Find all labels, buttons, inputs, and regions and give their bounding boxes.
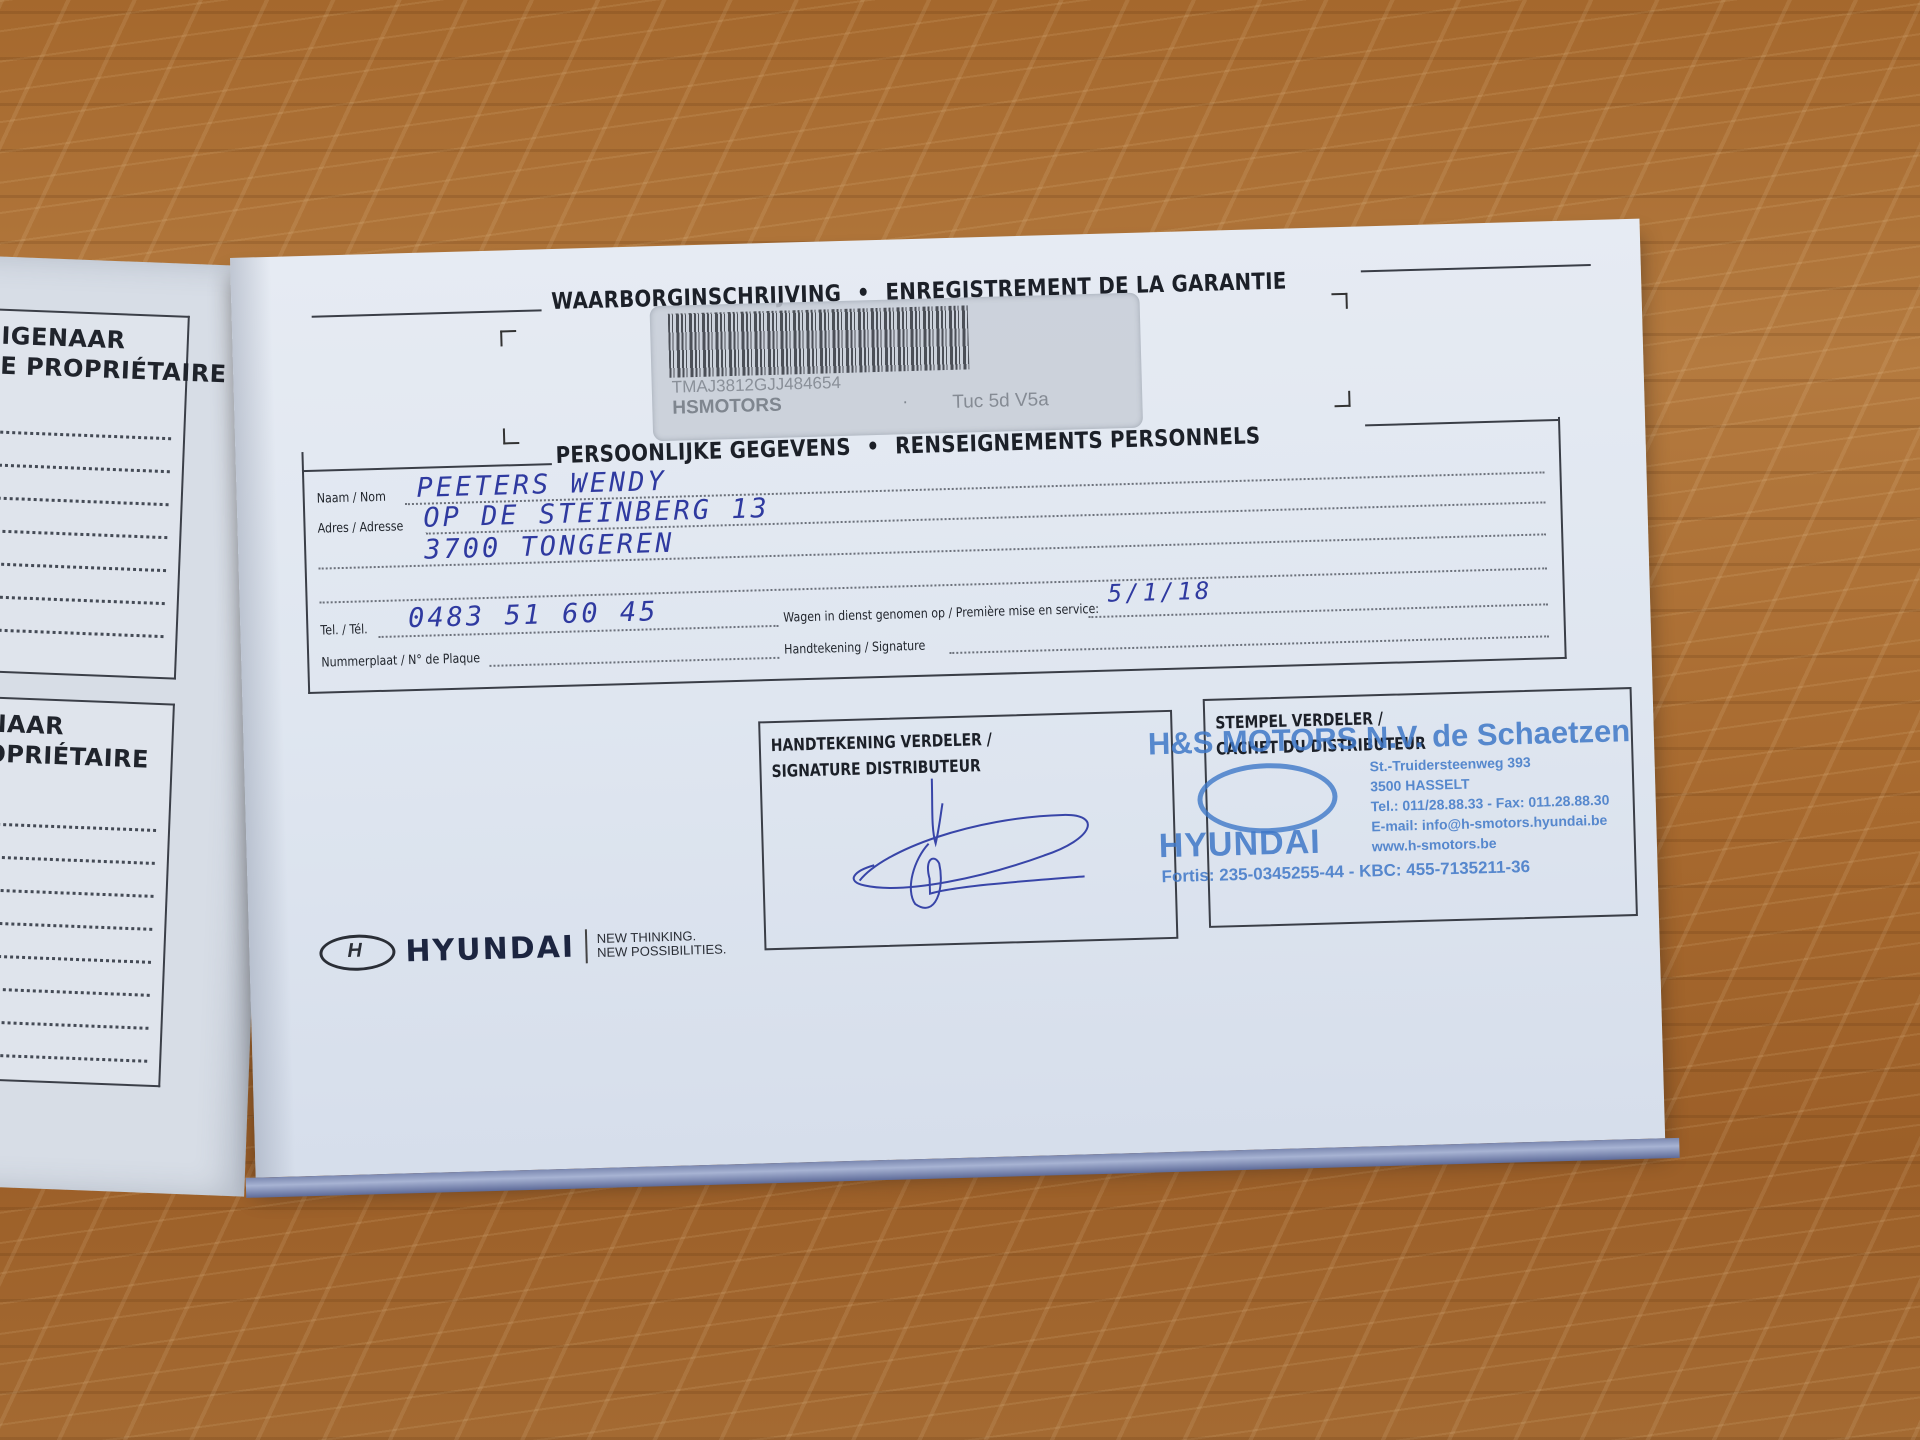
owner-box-1-title: …IGENAAR …E PROPRIÉTAIRE	[0, 309, 188, 388]
stamp-website: www.h-smotors.be	[1372, 835, 1497, 854]
crop-mark	[503, 428, 519, 444]
vin-sticker: TMAJ3812GJJ484654 HSMOTORS · Tuc 5d V5a	[650, 293, 1144, 442]
hyundai-emblem-icon: H	[319, 934, 396, 972]
hyundai-footer-logo: H HYUNDAI NEW THINKING. NEW POSSIBILITIE…	[319, 924, 727, 971]
crop-mark	[1331, 293, 1347, 309]
service-date-value[interactable]: 5/1/18	[1107, 577, 1212, 608]
rule	[1361, 264, 1591, 272]
crop-mark	[500, 330, 516, 346]
stamp-brand: HYUNDAI	[1158, 823, 1321, 867]
service-date-label: Wagen in dienst genomen op / Première mi…	[783, 602, 1099, 626]
brand-wordmark: HYUNDAI	[405, 929, 576, 969]
signature-label: Handtekening / Signature	[784, 639, 926, 658]
personal-data-box: Naam / Nom PEETERS WENDY Adres / Adresse…	[301, 417, 1566, 694]
rule	[312, 309, 542, 317]
sticker-model: Tuc 5d V5a	[952, 389, 1049, 414]
owner-box-2-title: …NAAR …OPRIÉTAIRE	[0, 697, 173, 776]
signature-scribble-icon	[760, 712, 1176, 948]
divider	[584, 929, 587, 963]
page-stack-edge	[246, 1138, 1680, 1198]
stamp-phone-fax: Tel.: 011/28.88.33 - Fax: 011.28.88.30	[1371, 792, 1610, 815]
warranty-page: WAARBORGINSCHRIJVING • ENREGISTREMENT DE…	[230, 219, 1665, 1178]
owner-box-2: …NAAR …OPRIÉTAIRE	[0, 695, 175, 1088]
crop-mark	[1334, 391, 1350, 407]
vin-number: TMAJ3812GJJ484654	[672, 373, 842, 398]
brand-tagline: NEW THINKING. NEW POSSIBILITIES.	[597, 928, 727, 960]
stamp-city: 3500 HASSELT	[1370, 776, 1470, 795]
sticker-dealer: HSMOTORS	[672, 395, 782, 420]
distributor-signature-box: HANDTEKENING VERDELER / SIGNATURE DISTRI…	[758, 710, 1178, 950]
plate-label: Nummerplaat / N° de Plaque	[321, 651, 480, 670]
tel-label: Tel. / Tél.	[320, 622, 368, 638]
stamp-email: E-mail: info@h-smotors.hyundai.be	[1371, 812, 1607, 835]
barcode-icon	[668, 305, 970, 377]
owner-box-1: …IGENAAR …E PROPRIÉTAIRE …ne	[0, 307, 190, 680]
name-label: Naam / Nom	[317, 490, 387, 507]
stamp-address: St.-Truidersteenweg 393	[1369, 754, 1530, 774]
distributor-stamp-box: STEMPEL VERDELER / CACHET DU DISTRIBUTEU…	[1203, 687, 1638, 928]
address-label: Adres / Adresse	[317, 519, 403, 536]
